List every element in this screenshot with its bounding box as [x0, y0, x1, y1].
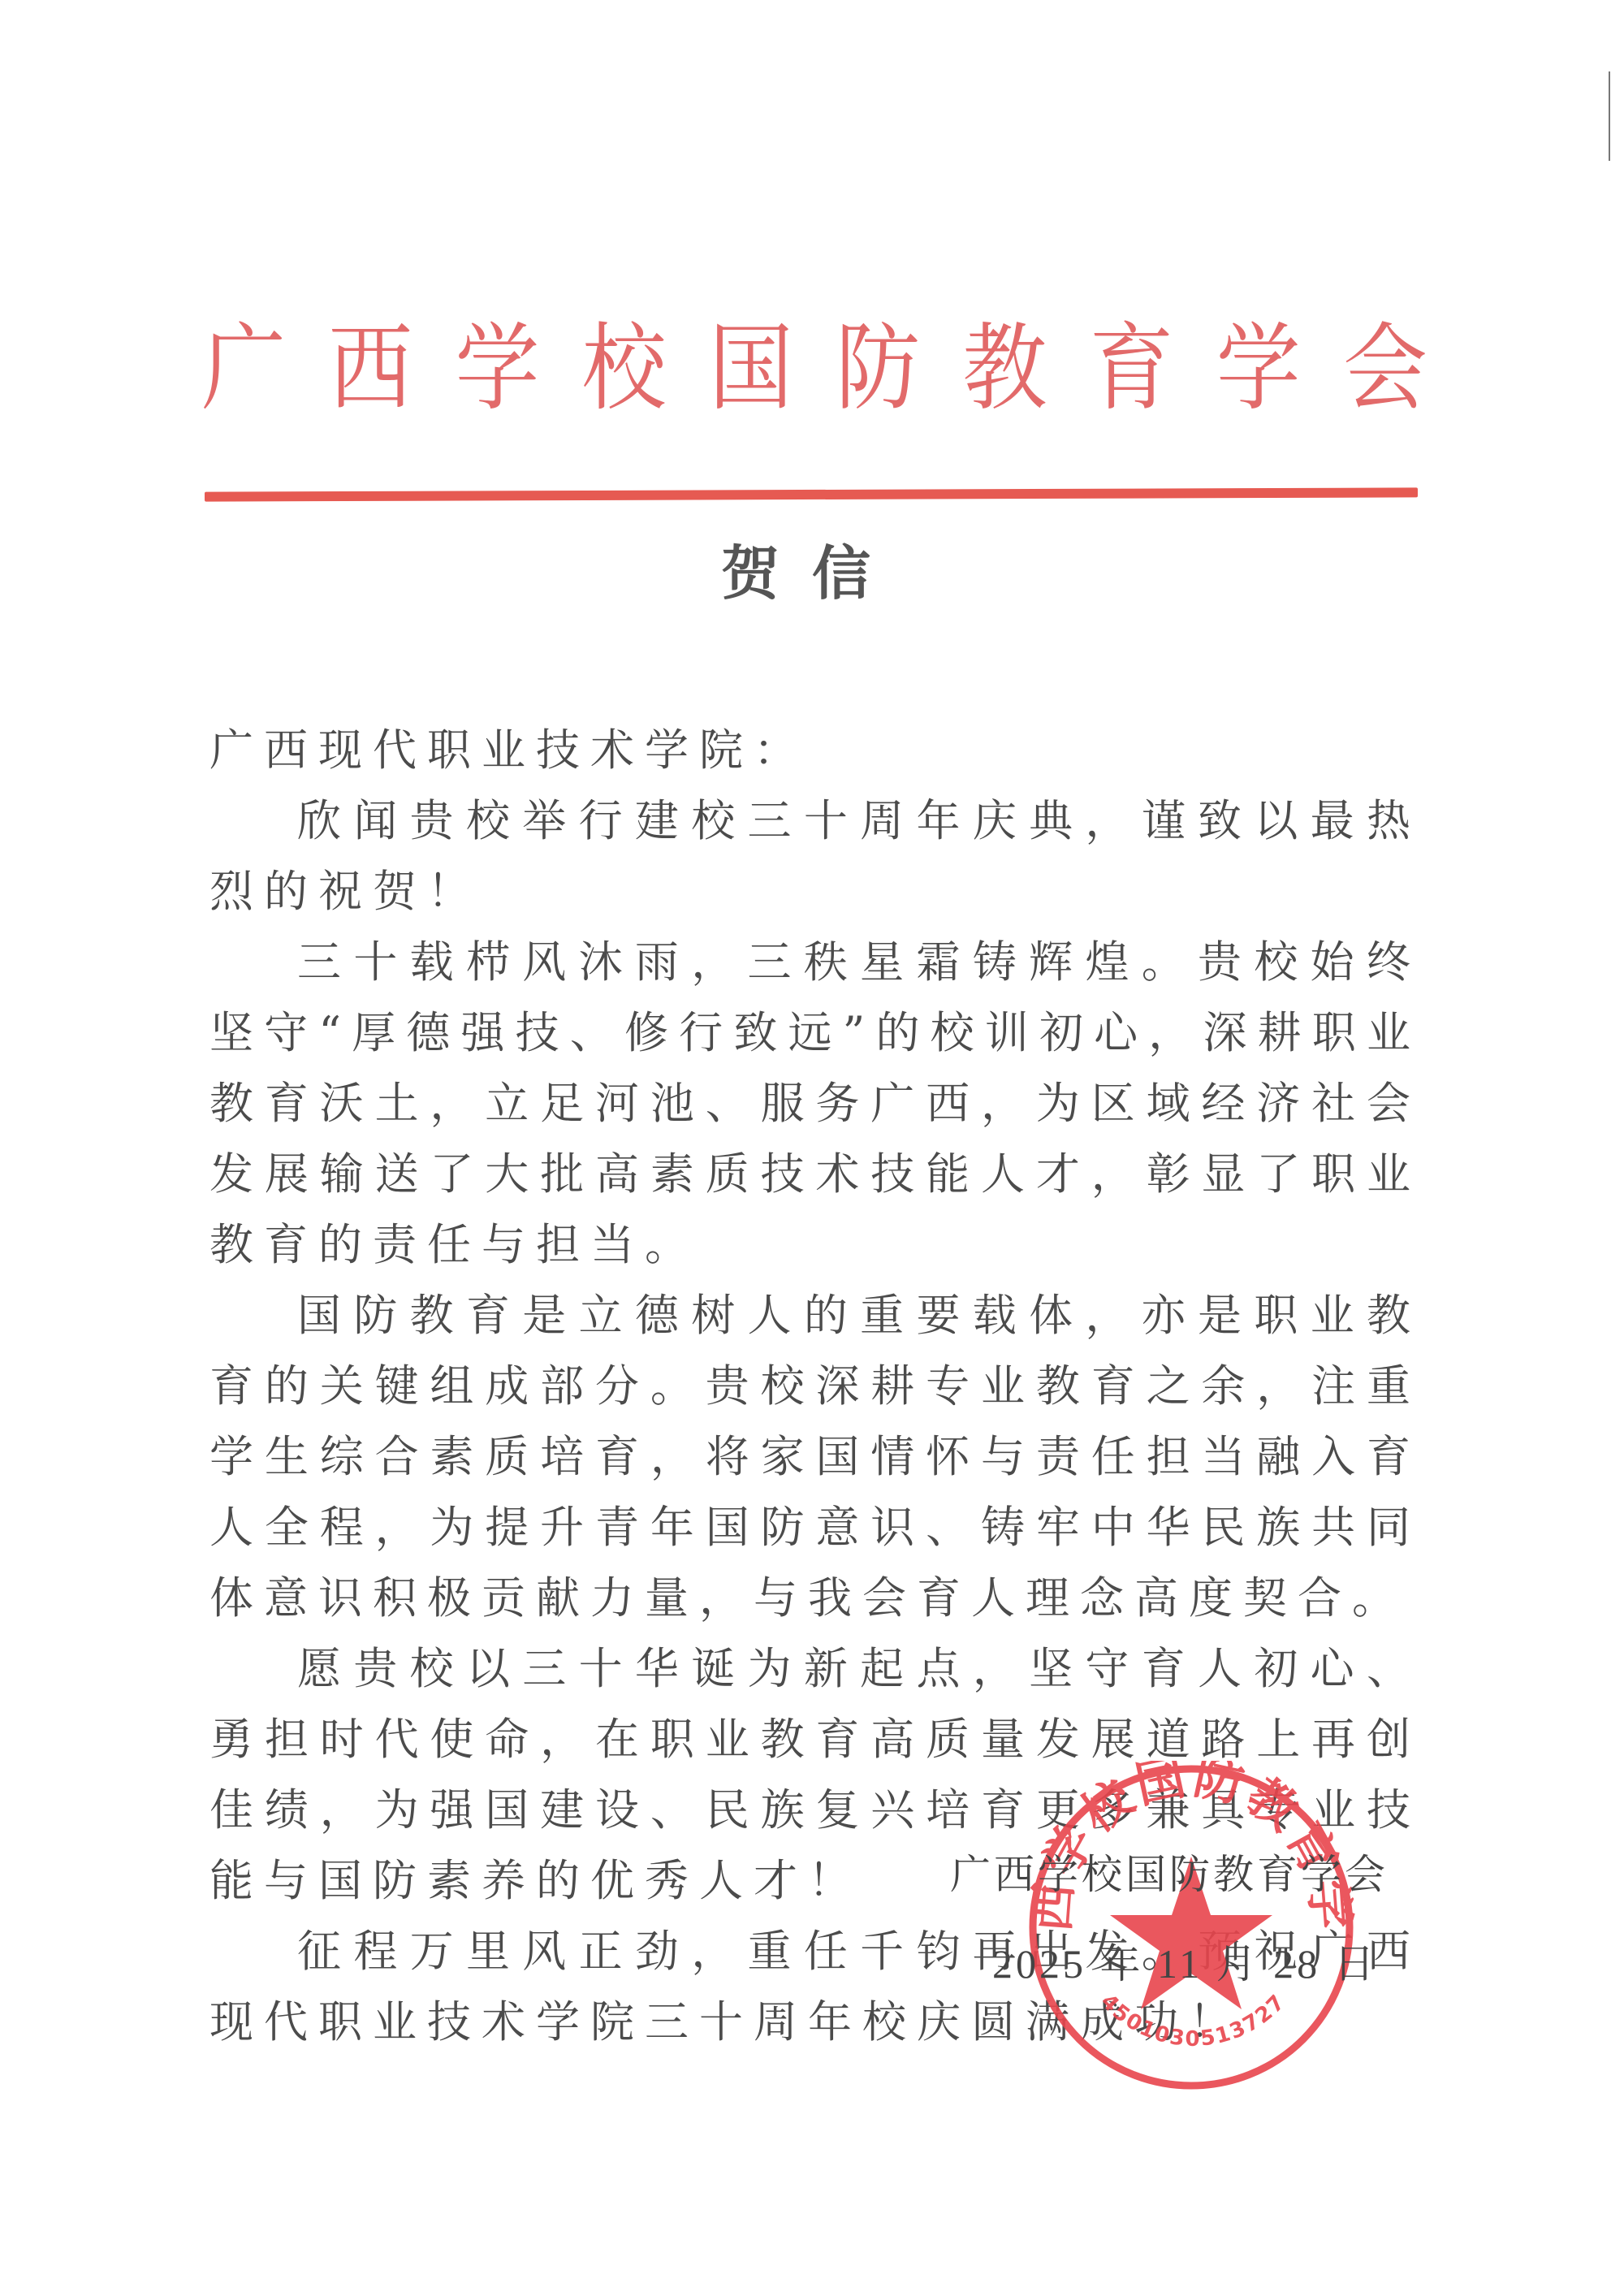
letterhead-char: 广: [201, 292, 286, 428]
signature-date: 2025 年 11 月 28 日: [992, 1931, 1378, 1990]
svg-text:4501030513727: 4501030513727: [1095, 1990, 1290, 2052]
letterhead-char: 学: [455, 292, 539, 428]
signature-org: 广西学校国防教育学会: [950, 1842, 1389, 1900]
document-title: 贺信: [0, 526, 1624, 611]
letterhead-char: 会: [1343, 292, 1427, 428]
letterhead-char: 学: [1216, 292, 1301, 428]
letterhead-char: 教: [962, 292, 1047, 428]
letterhead-char: 西: [328, 292, 412, 428]
letterhead-char: 校: [582, 292, 667, 428]
letterhead-char: 防: [836, 292, 920, 428]
seal-number: 4501030513727: [1095, 1990, 1290, 2052]
paragraph: 国防教育是立德树人的重要载体，亦是职业教育的关键组成部分。贵校深耕专业教育之余，…: [209, 1280, 1421, 1633]
paragraph: 欣闻贵校举行建校三十周年庆典，谨致以最热烈的祝贺！: [209, 785, 1421, 927]
official-seal: 广西学校国防教育学会 4501030513727: [1025, 1761, 1358, 2094]
scan-edge-mark: [1609, 71, 1610, 161]
letterhead-char: 育: [1090, 292, 1174, 428]
salutation: 广西现代职业技术学院：: [209, 715, 1421, 785]
paragraph: 三十载栉风沐雨，三秩星霜铸辉煌。贵校始终坚守“厚德强技、修行致远”的校训初心，深…: [209, 927, 1421, 1280]
letterhead-red-rule: [205, 487, 1418, 501]
org-letterhead-title: 广 西 学 校 国 防 教 育 学 会: [201, 307, 1427, 413]
letterhead-char: 国: [709, 292, 793, 428]
